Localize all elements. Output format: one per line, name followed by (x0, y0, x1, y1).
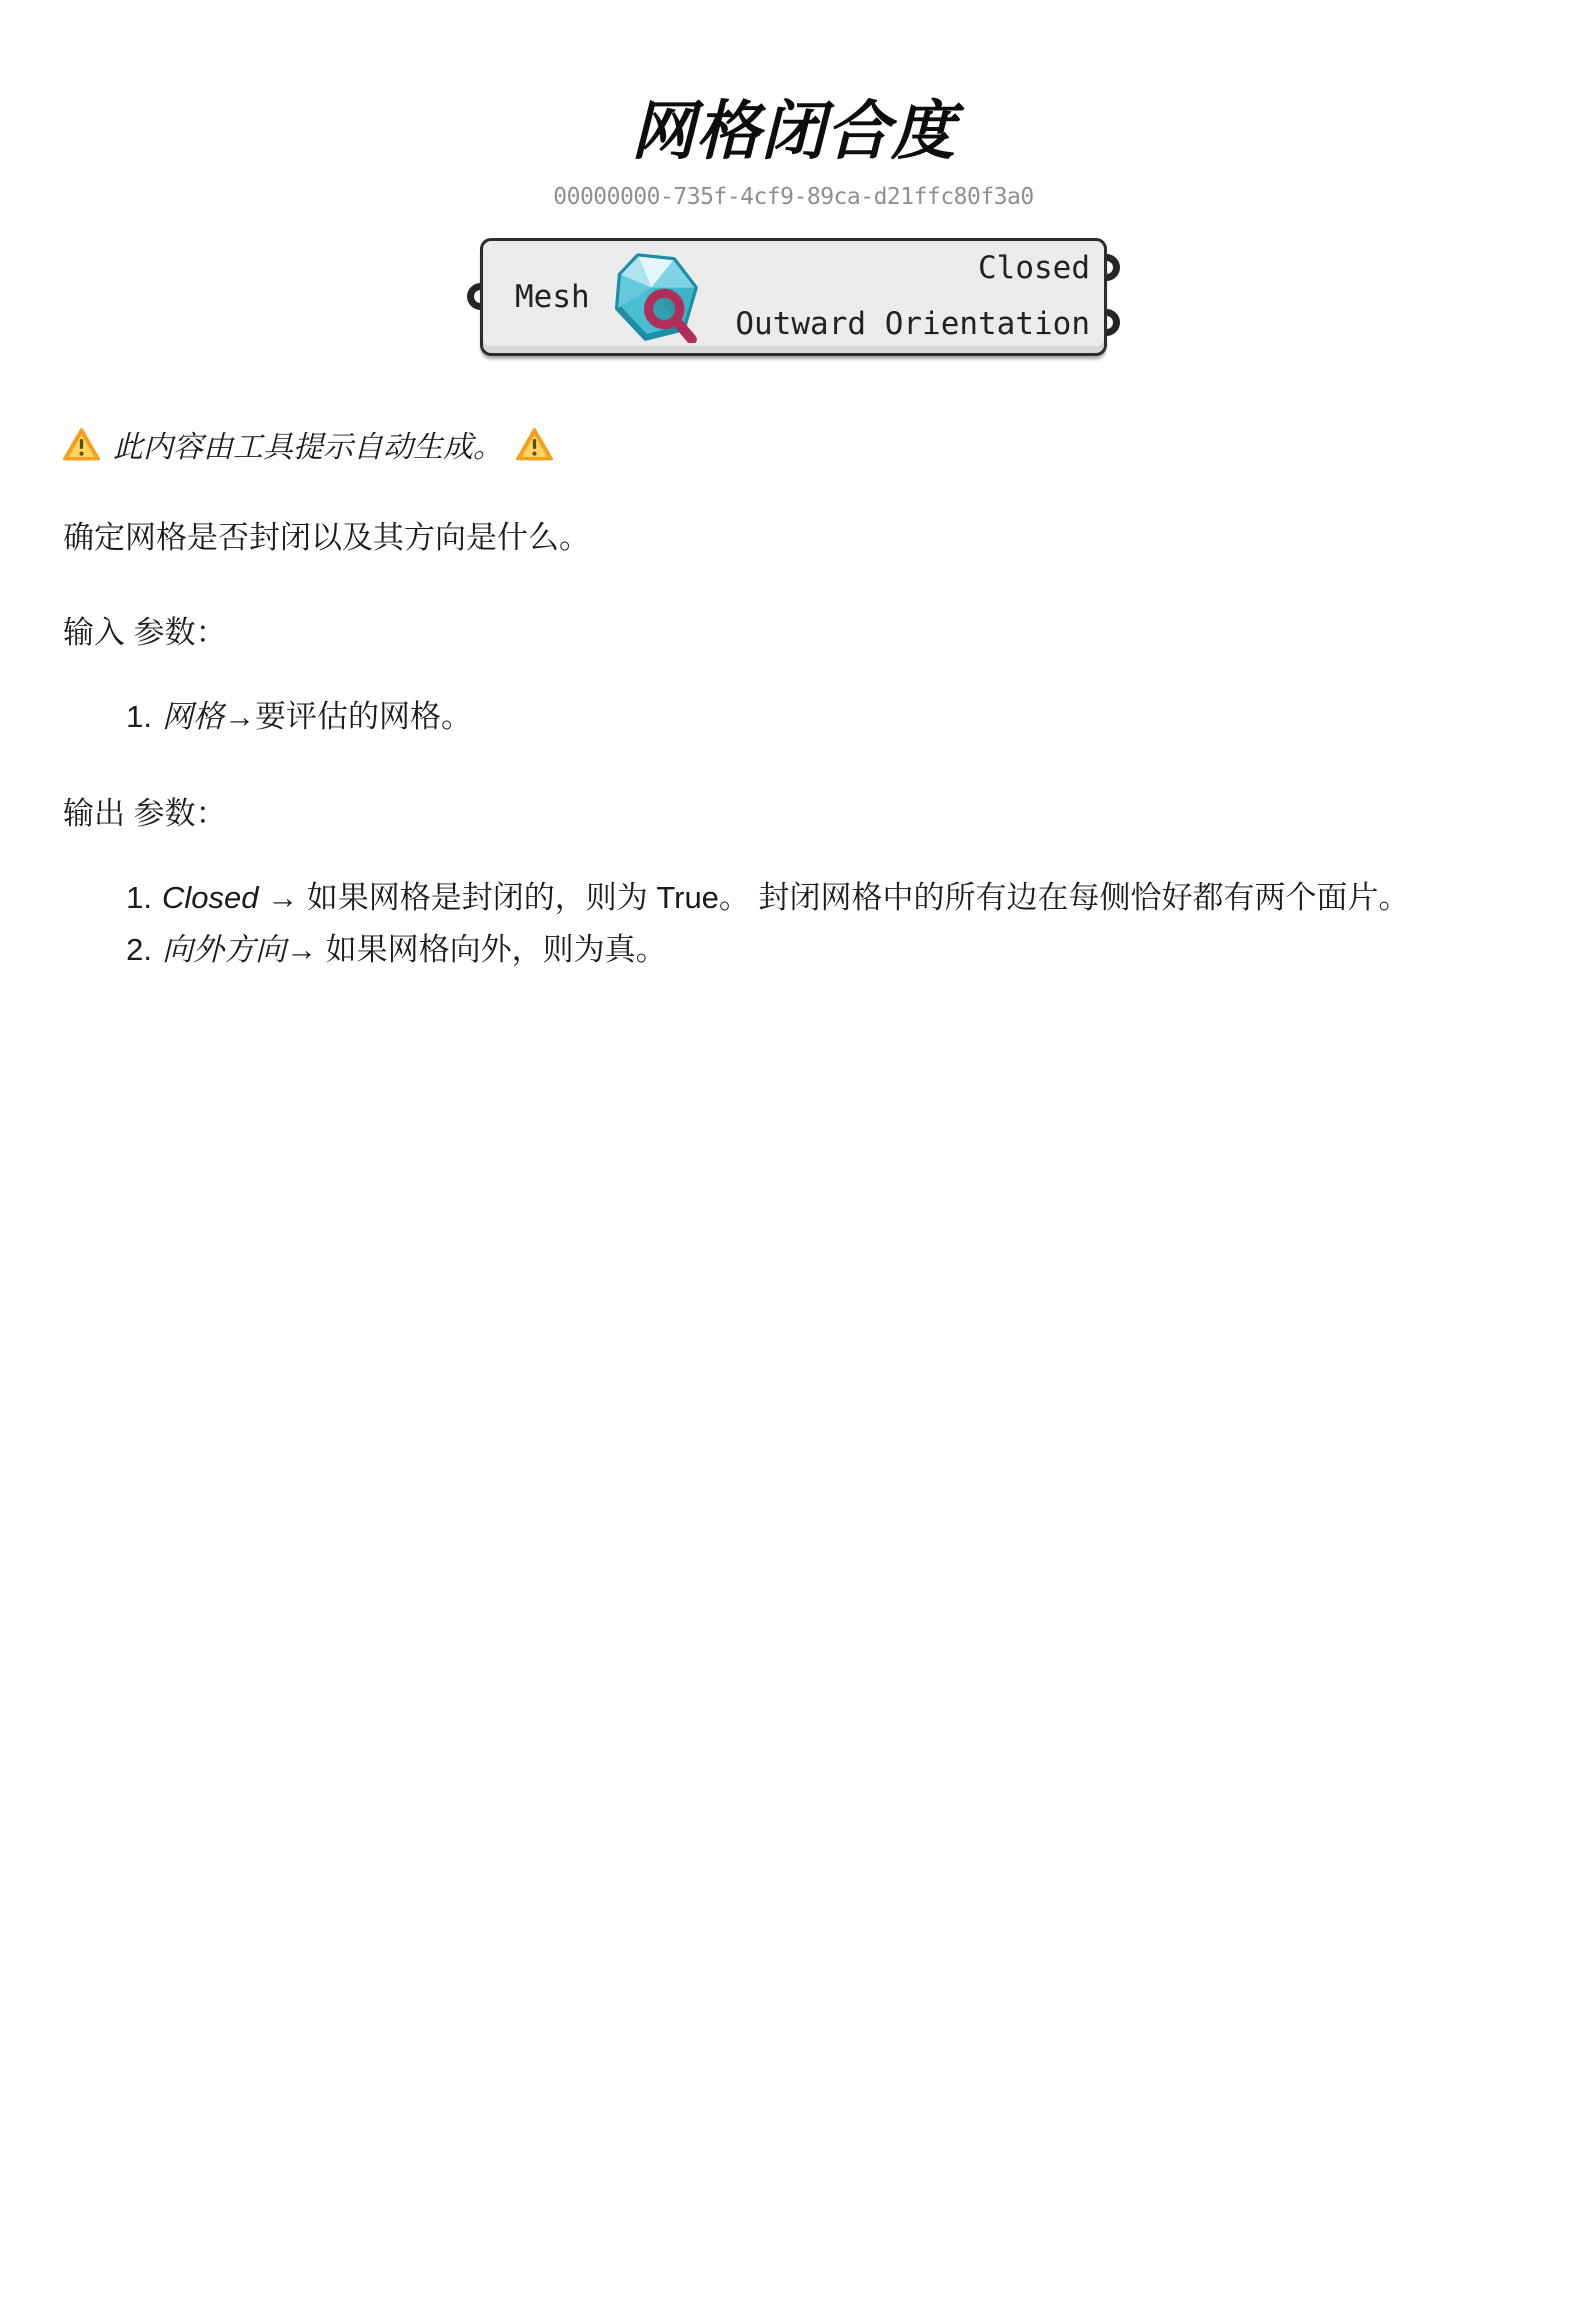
param-term: 网格 (162, 699, 224, 734)
document-page: 网格闭合度 00000000-735f-4cf9-89ca-d21ffc80f3… (0, 80, 1587, 2324)
list-item-number: 1. (108, 696, 152, 738)
input-param-list: 1. 网格→要评估的网格。 (0, 696, 1587, 738)
list-item-text: 网格→要评估的网格。 (162, 696, 532, 738)
component-guid: 00000000-735f-4cf9-89ca-d21ffc80f3a0 (0, 184, 1587, 210)
page-title: 网格闭合度 (0, 80, 1587, 172)
param-description: → 如果网格是封闭的，则为 True。 封闭网格中的所有边在每侧恰好都有两个面片… (259, 880, 1410, 915)
output-params-heading: 输出 参数： (63, 788, 1524, 833)
warning-icon (516, 426, 553, 463)
input-params-heading: 输入 参数： (63, 607, 1524, 652)
auto-generated-warning: 此内容由工具提示自动生成。 (63, 422, 1524, 466)
list-item: 1. 网格→要评估的网格。 (108, 696, 1587, 738)
warning-text: 此内容由工具提示自动生成。 (113, 422, 503, 466)
list-item-number: 1. (108, 877, 152, 919)
gem-magnifier-icon (609, 251, 701, 343)
output-label-outward-orientation: Outward Orientation (735, 306, 1090, 342)
param-term: 向外方向 (162, 932, 286, 967)
input-label-mesh: Mesh (515, 279, 590, 315)
param-term: Closed (162, 880, 259, 915)
output-label-closed: Closed (978, 250, 1090, 286)
param-description: → 如果网格向外，则为真。 (286, 932, 667, 967)
output-param-list: 1. Closed → 如果网格是封闭的，则为 True。 封闭网格中的所有边在… (0, 877, 1587, 971)
grasshopper-component-node: Mesh Closed Outward Orientation (466, 238, 1121, 356)
list-item: 2. 向外方向→ 如果网格向外，则为真。 (108, 929, 1587, 971)
list-item: 1. Closed → 如果网格是封闭的，则为 True。 封闭网格中的所有边在… (108, 877, 1587, 919)
component-description: 确定网格是否封闭以及其方向是什么。 (63, 512, 1524, 557)
list-item-number: 2. (108, 929, 152, 971)
list-item-text: Closed → 如果网格是封闭的，则为 True。 封闭网格中的所有边在每侧恰… (162, 877, 1470, 919)
param-description: →要评估的网格。 (224, 699, 472, 734)
warning-icon (63, 426, 100, 463)
component-body: Mesh Closed Outward Orientation (480, 238, 1107, 356)
list-item-text: 向外方向→ 如果网格向外，则为真。 (162, 929, 727, 971)
